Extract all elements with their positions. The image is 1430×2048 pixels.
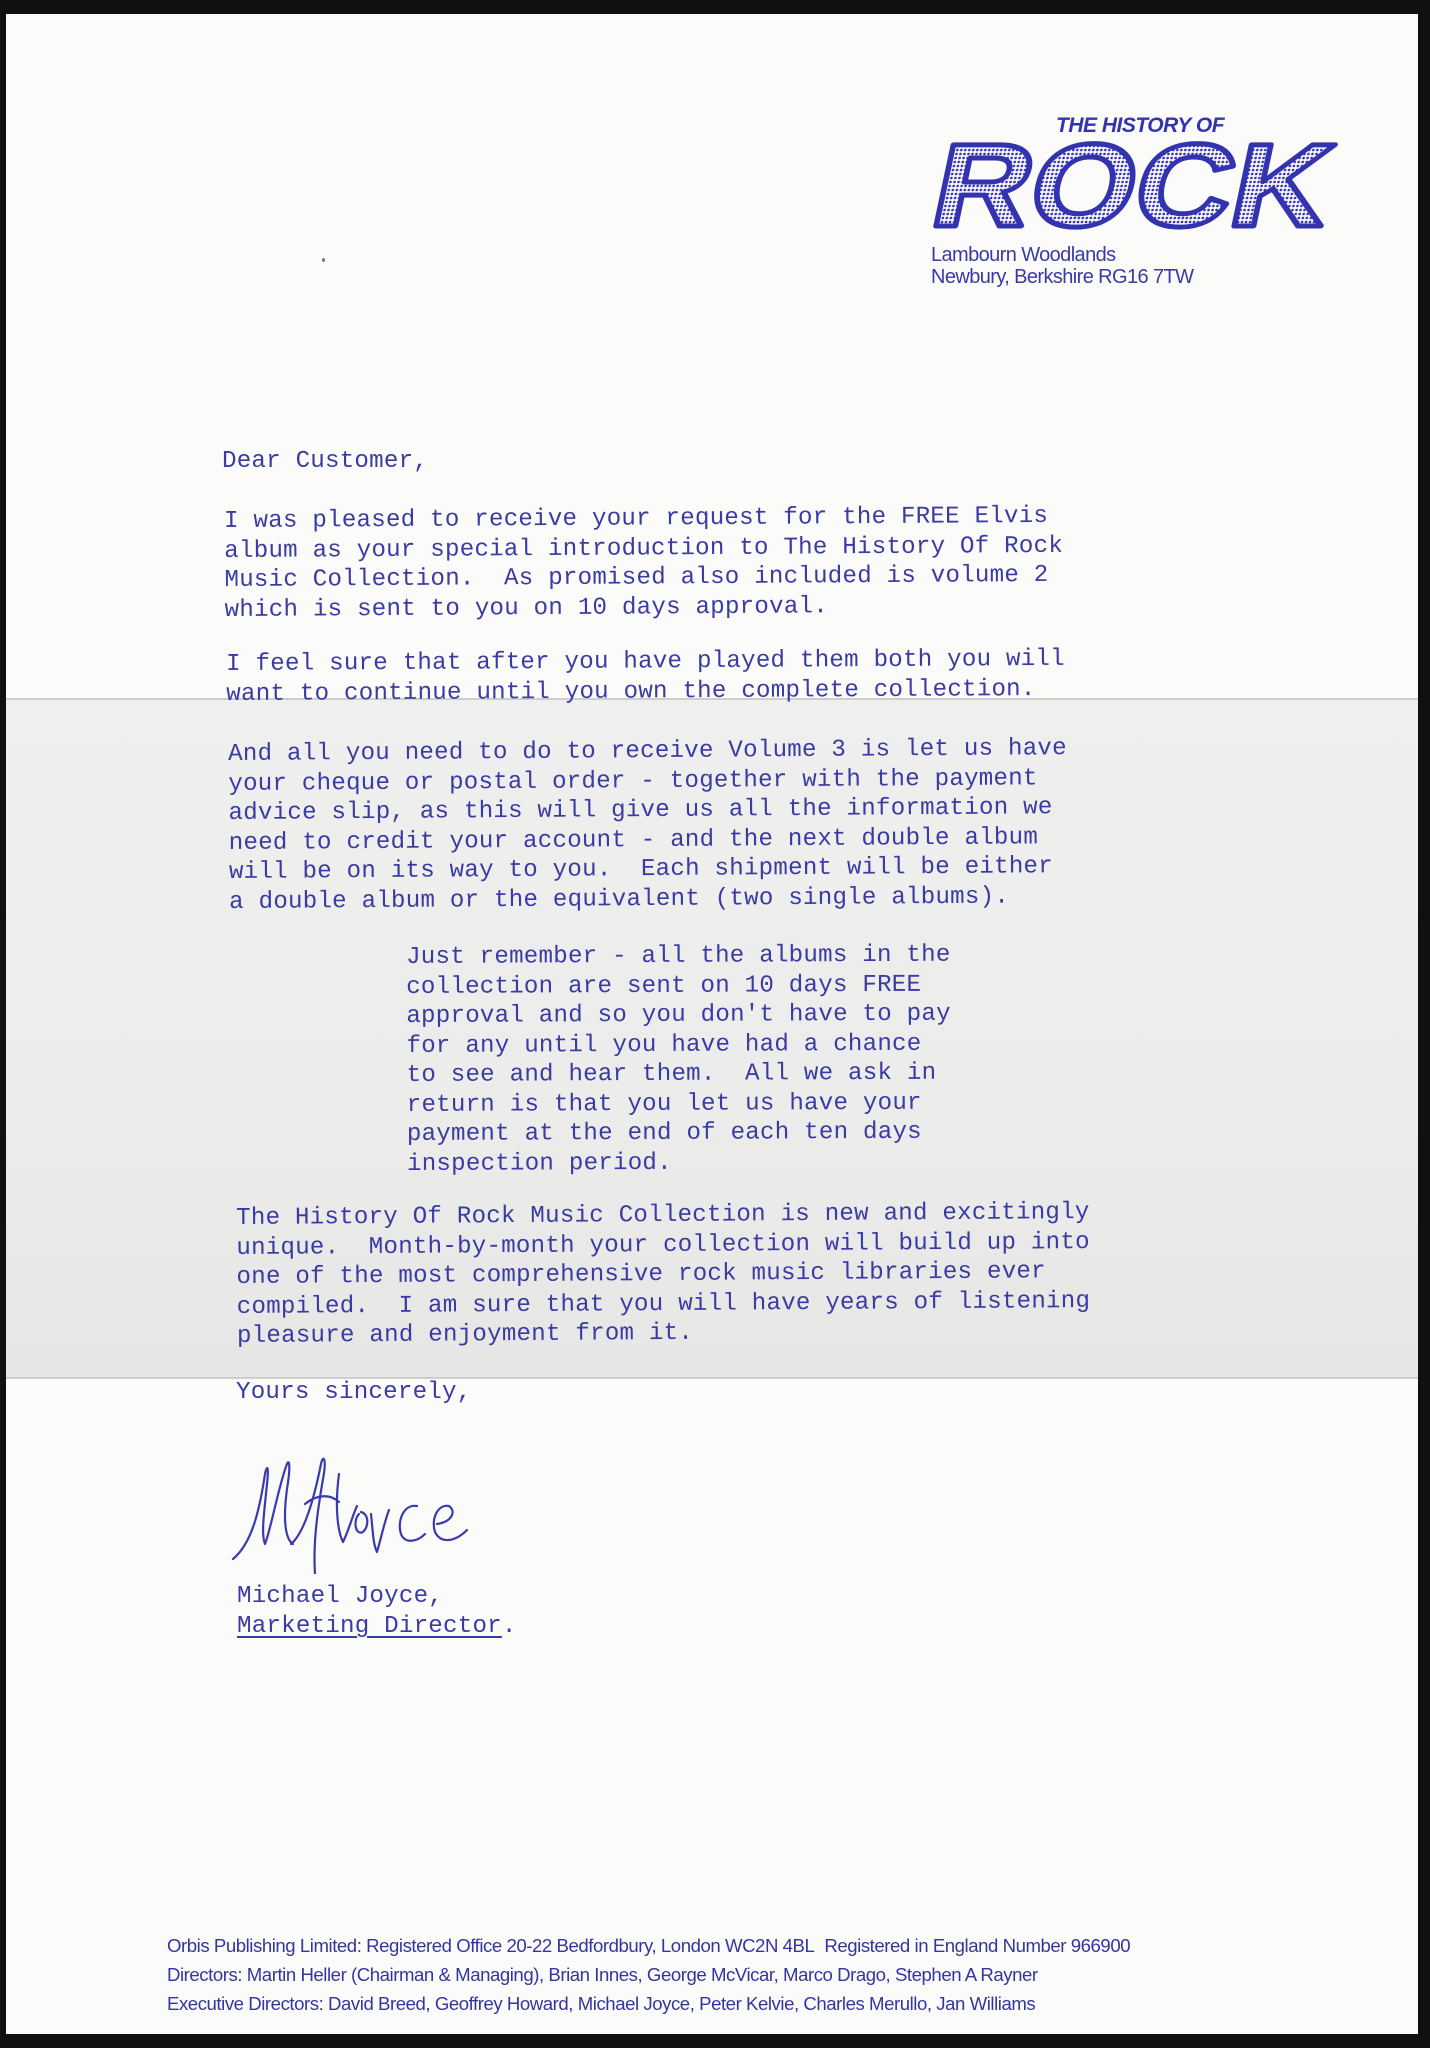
svg-text:ROCK: ROCK [926, 128, 1345, 238]
signer-title-suffix: . [502, 1613, 517, 1640]
address-line: Lambourn Woodlands [931, 244, 1193, 266]
footer-directors: Directors: Martin Heller (Chairman & Man… [167, 1960, 1130, 1989]
address-line: Newbury, Berkshire RG16 7TW [931, 266, 1193, 288]
footer-registration: Orbis Publishing Limited: Registered Off… [167, 1931, 1130, 1960]
letterhead-address: Lambourn Woodlands Newbury, Berkshire RG… [931, 244, 1193, 288]
footer-company-number: Registered in England Number 966900 [824, 1935, 1130, 1956]
paragraph-intro: I was pleased to receive your request fo… [224, 502, 1063, 625]
paper-speck [322, 258, 325, 262]
rock-logo-icon: ROCK [926, 128, 1356, 238]
letter-page: THE HISTORY OF ROCK Lambourn Woodlands N… [6, 14, 1418, 2034]
signer-title: Marketing Director. [237, 1612, 517, 1642]
paragraph-payment: And all you need to do to receive Volume… [228, 734, 1068, 917]
signer-name: Michael Joyce, [237, 1582, 443, 1612]
company-footer: Orbis Publishing Limited: Registered Off… [167, 1931, 1130, 2018]
paragraph-collection: The History Of Rock Music Collection is … [236, 1198, 1090, 1351]
closing: Yours sincerely, [236, 1378, 471, 1408]
footer-registered-office: Orbis Publishing Limited: Registered Off… [167, 1935, 814, 1956]
signer-title-text: Marketing Director [237, 1613, 502, 1640]
salutation: Dear Customer, [222, 447, 428, 477]
fold-line [6, 1377, 1418, 1379]
signature [231, 1434, 531, 1574]
paragraph-reminder: Just remember - all the albums in the co… [406, 941, 951, 1179]
paragraph-continue: I feel sure that after you have played t… [226, 645, 1065, 709]
footer-executive-directors: Executive Directors: David Breed, Geoffr… [167, 1989, 1130, 2018]
